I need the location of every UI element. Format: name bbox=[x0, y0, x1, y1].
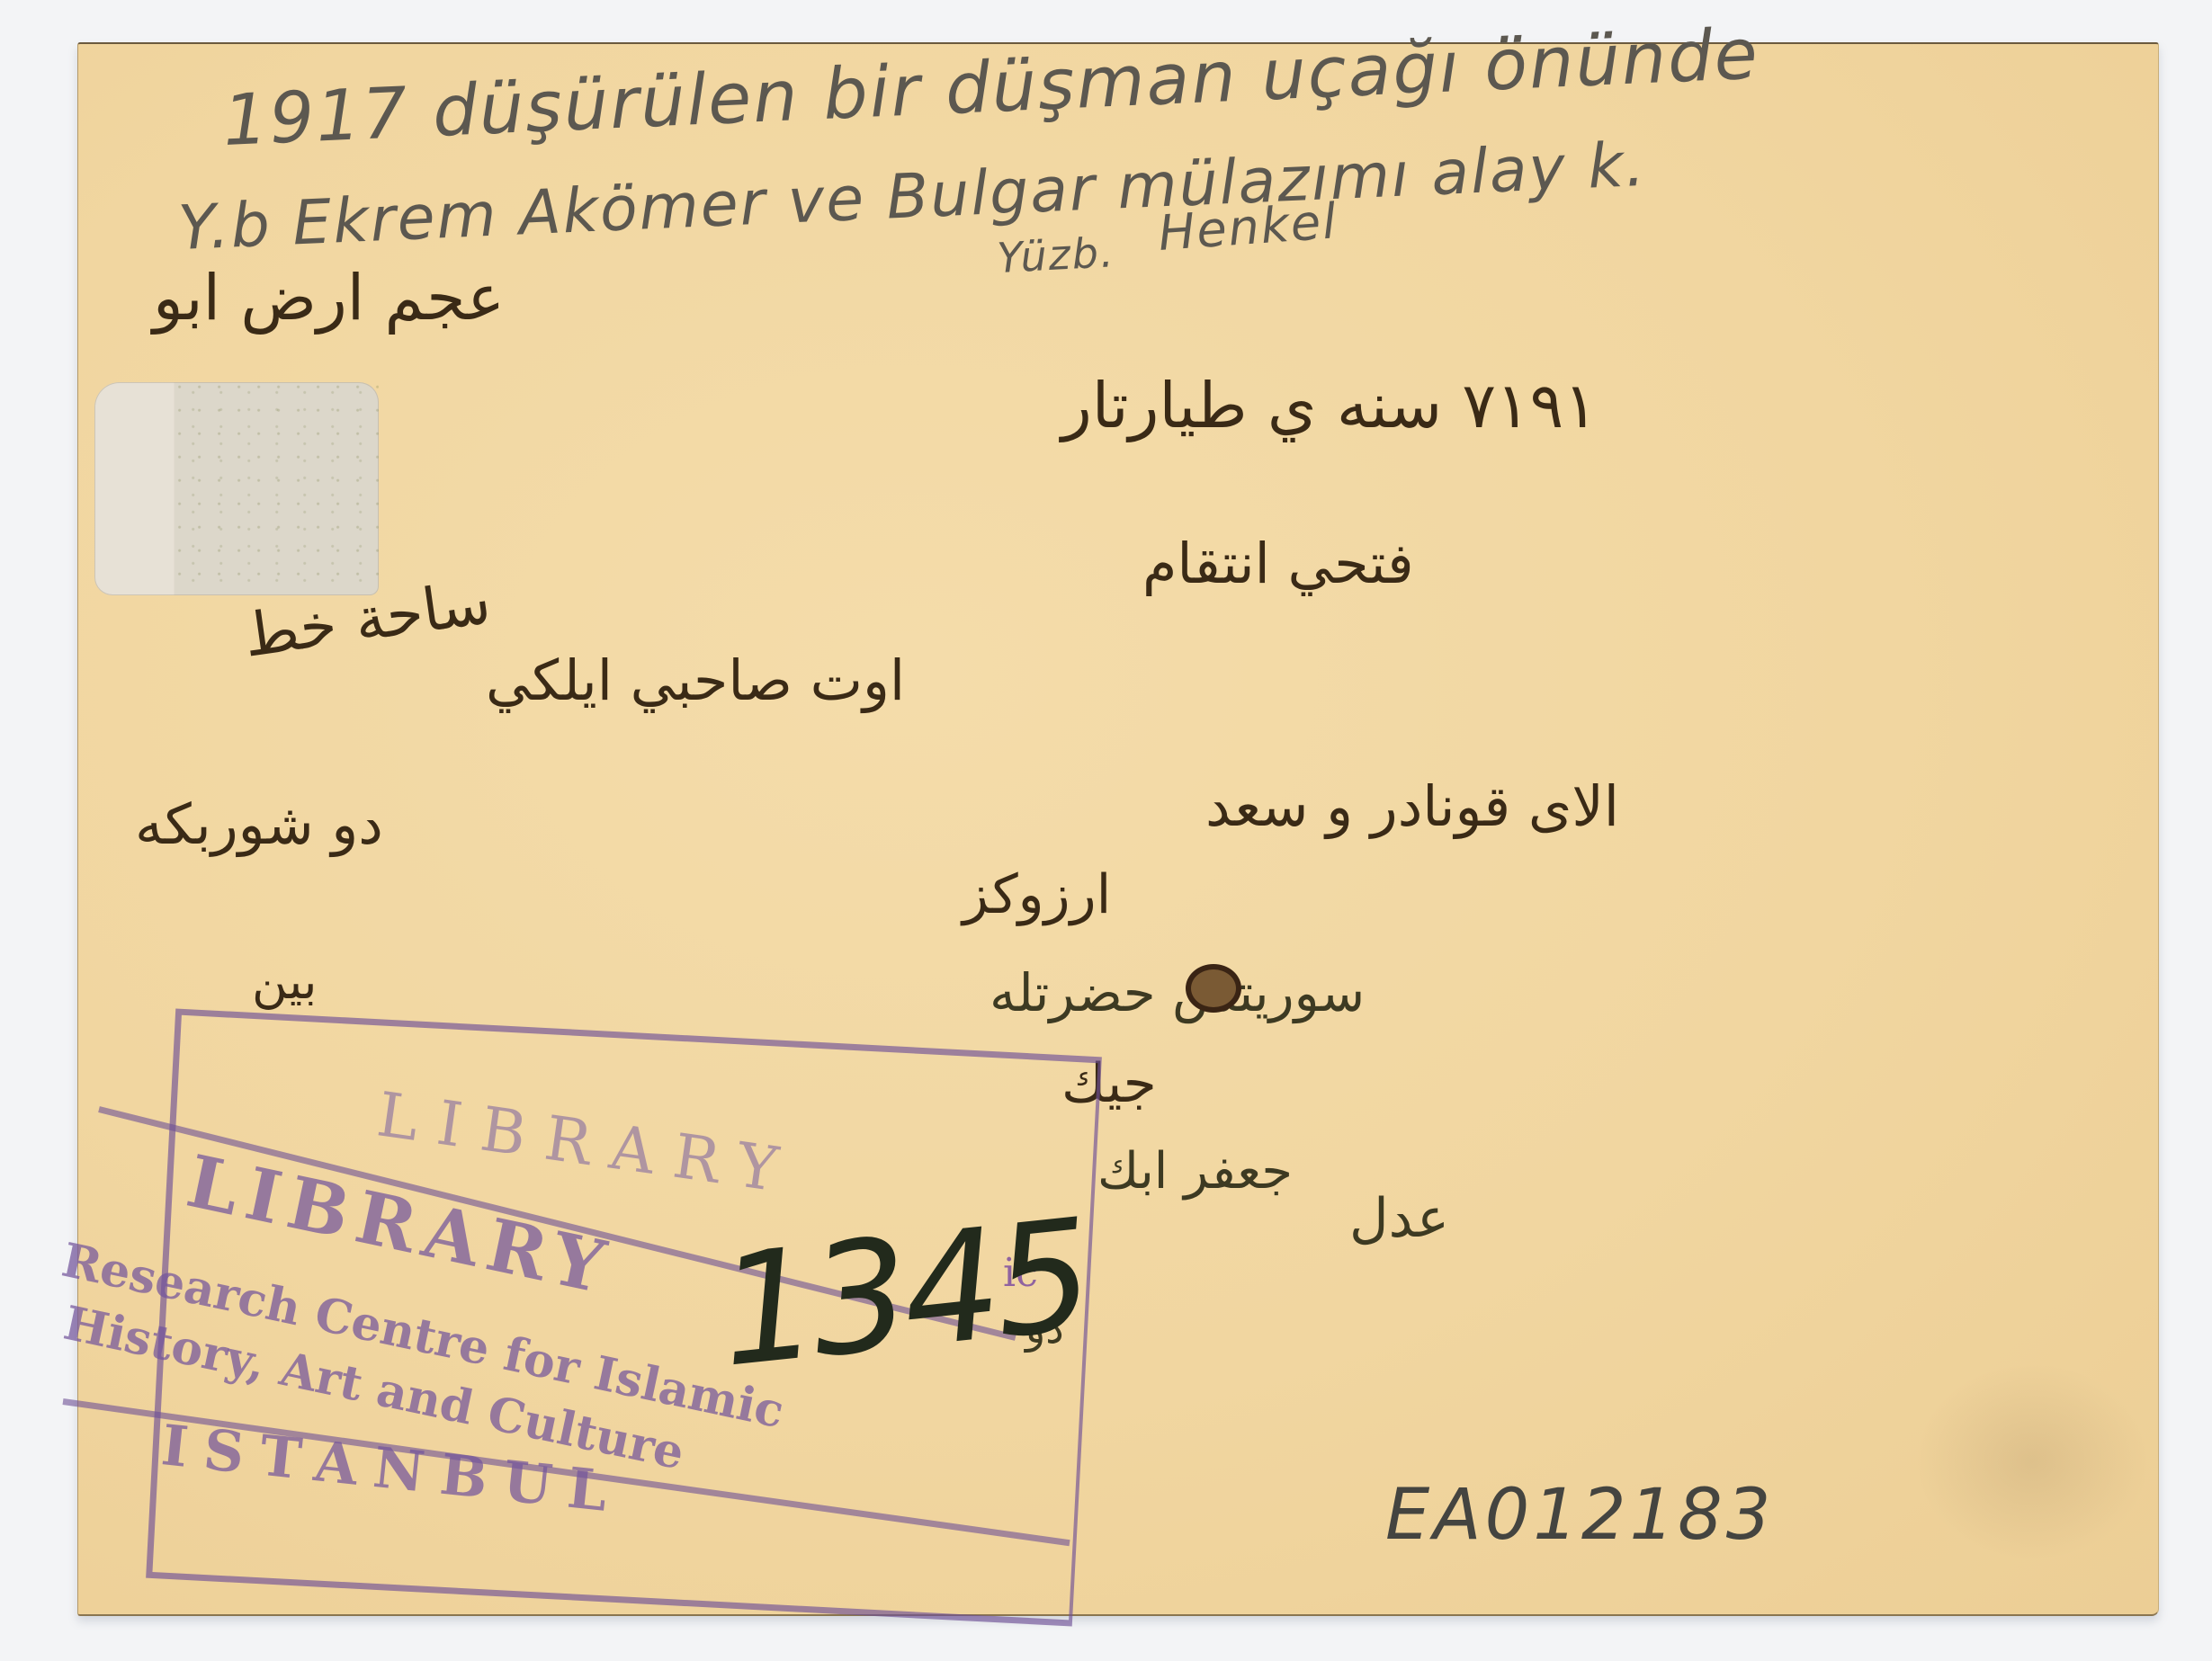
pencil-note-line-3: Yüzb. bbox=[996, 228, 1116, 282]
stain bbox=[1915, 1362, 2149, 1560]
ottoman-line: الاى قونادر و سعد bbox=[1205, 773, 1619, 839]
ottoman-line: دو شوربكه bbox=[135, 791, 383, 857]
ottoman-line: ١٩١٧ سنه ي طيارتار bbox=[1061, 369, 1598, 442]
ottoman-line: سوريتش حضرتله bbox=[990, 962, 1365, 1023]
ottoman-line: فتحي انتقام bbox=[1142, 531, 1414, 596]
ottoman-line: جيك bbox=[1061, 1052, 1157, 1115]
ottoman-line: عجم ارض ابو bbox=[153, 261, 505, 335]
ottoman-line: ارزوكز bbox=[963, 863, 1111, 926]
archive-id: EA012183 bbox=[1385, 1475, 1774, 1556]
adhesive-tape-remnant bbox=[94, 382, 379, 595]
ottoman-line: بين bbox=[252, 953, 317, 1010]
ottoman-line: عدل bbox=[1349, 1187, 1449, 1250]
ink-blot bbox=[1186, 964, 1241, 1013]
ottoman-line: جعفر ابك bbox=[1097, 1142, 1293, 1201]
ottoman-line: اوت صاحبي ايلكي bbox=[486, 647, 905, 713]
